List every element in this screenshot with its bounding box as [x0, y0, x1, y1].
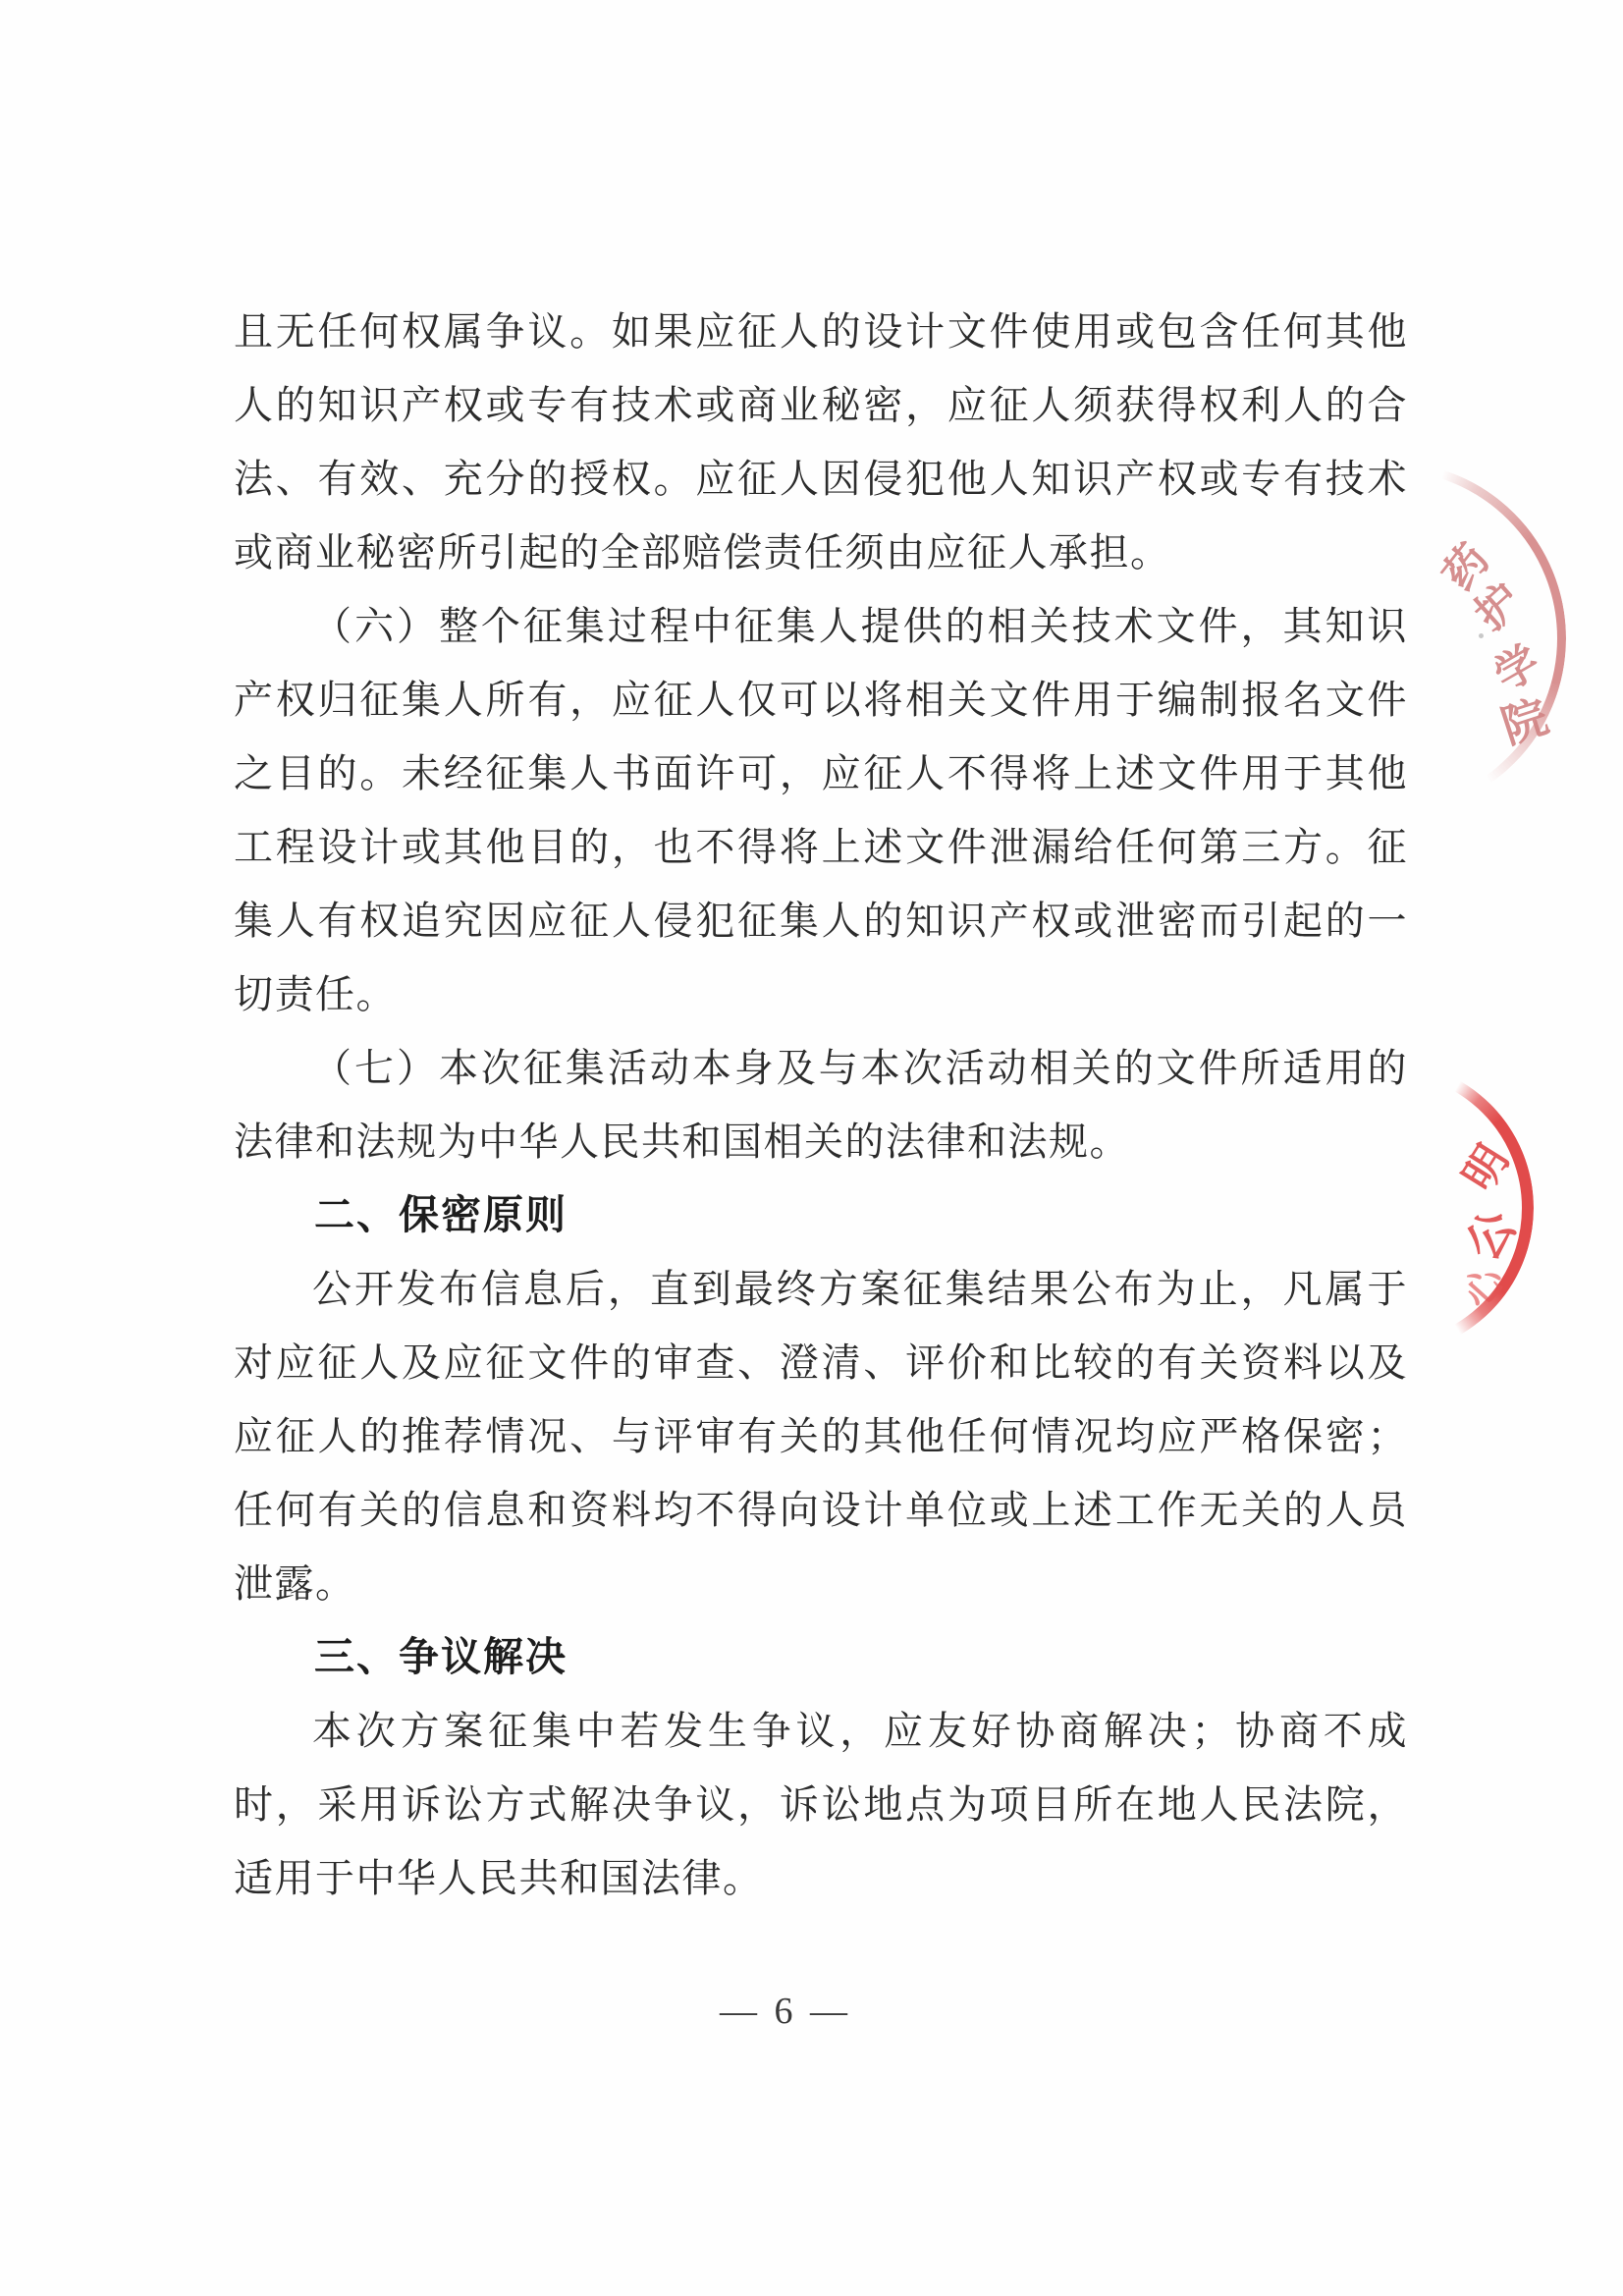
- seal-character: 心: [1447, 1252, 1515, 1319]
- scan-speck: [1479, 633, 1484, 638]
- seal-character: 药: [1425, 528, 1501, 601]
- paragraph-item-7: （七）本次征集活动本身及与本次活动相关的文件所适用的法律和法规为中华人民共和国相…: [234, 1031, 1408, 1178]
- seal-character: 护: [1458, 566, 1533, 641]
- section-heading-confidentiality: 二、保密原则: [234, 1178, 1408, 1252]
- paragraph-continuation: 且无任何权属争议。如果应征人的设计文件使用或包含任何其他人的知识产权或专有技术或…: [234, 295, 1408, 589]
- paragraph-confidentiality: 公开发布信息后，直到最终方案征集结果公布为止，凡属于对应征人及应征文件的审查、澄…: [234, 1252, 1408, 1620]
- document-text-block: 且无任何权属争议。如果应征人的设计文件使用或包含任何其他人的知识产权或专有技术或…: [234, 295, 1408, 1915]
- seal-character: 学: [1481, 627, 1549, 702]
- seal-character: 院: [1492, 682, 1555, 757]
- section-heading-dispute-resolution: 三、争议解决: [234, 1620, 1408, 1694]
- paragraph-dispute-resolution: 本次方案征集中若发生争议，应友好协商解决；协商不成时，采用诉讼方式解决争议，诉讼…: [234, 1694, 1408, 1915]
- seal-character: 明: [1444, 1130, 1521, 1200]
- document-page: 且无任何权属争议。如果应征人的设计文件使用或包含任何其他人的知识产权或专有技术或…: [0, 0, 1623, 2296]
- seal-character: 公: [1446, 1194, 1529, 1272]
- paragraph-item-6: （六）整个征集过程中征集人提供的相关技术文件，其知识产权归征集人所有，应征人仅可…: [234, 589, 1408, 1031]
- page-number: — 6 —: [677, 1990, 893, 2033]
